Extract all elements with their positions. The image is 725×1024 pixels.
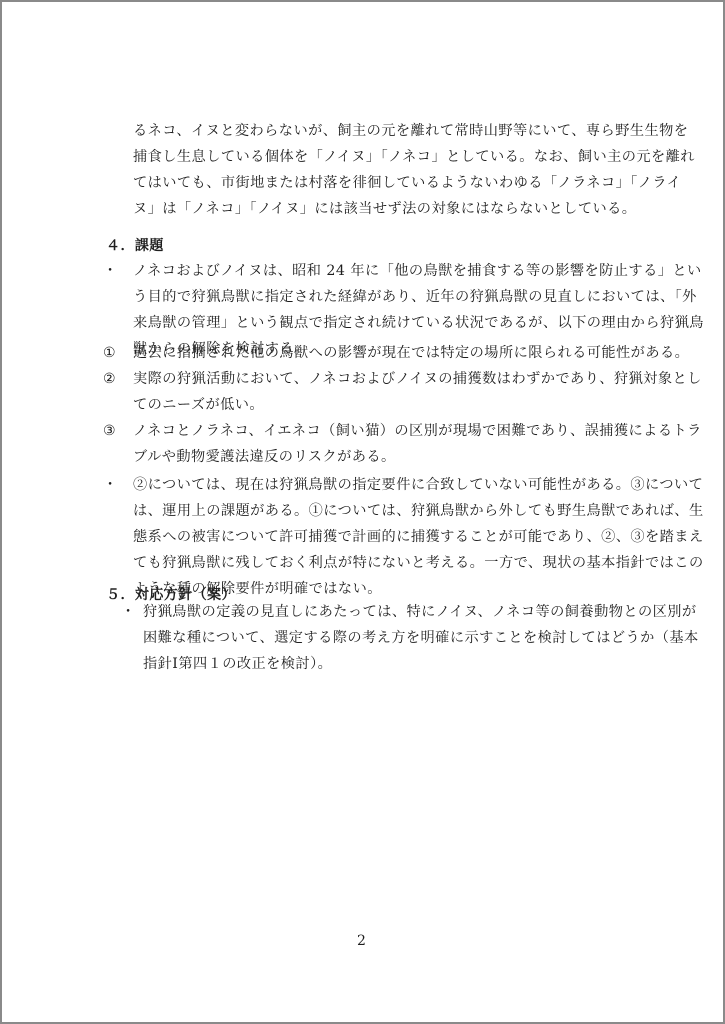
text-line: ヌ」は「ノネコ」「ノイヌ」には該当せず法の対象にはならないとしている。 [133,200,636,218]
text-line: は、運用上の課題がある。①については、狩猟鳥獣から外しても野生鳥獣であれば、生 [133,502,704,520]
text-line: ブルや動物愛護法違反のリスクがある。 [133,448,396,466]
item-marker-1: ① [103,344,116,362]
text-line: 過去に指摘された他の鳥獣への影響が現在では特定の場所に限られる可能性がある。 [133,344,689,362]
text-line: ノネコとノラネコ、イエネコ（飼い猫）の区別が現場で困難であり、誤捕獲によるトラ [133,422,702,440]
page-number: 2 [357,932,366,950]
bullet-marker: ・ [103,476,117,494]
item-marker-3: ③ [103,422,116,440]
section-heading: ４．課題 [106,237,164,255]
text-line: 態系への被害について許可捕獲で計画的に捕獲することが可能であり、②、③を踏まえ [133,528,704,546]
section-heading: ５．対応方針（案） [106,586,236,604]
text-line: 困難な種について、選定する際の考え方を明確に示すことを検討してはどうか（基本 [143,629,699,647]
text-line: てはいても、市街地または村落を徘徊しているようないわゆる「ノラネコ」「ノライ [133,174,681,192]
text-line: ノネコおよびノイヌは、昭和 24 年に「他の鳥獣を捕食する等の影響を防止する」と… [133,262,702,280]
text-line: ②については、現在は狩猟鳥獣の指定要件に合致していない可能性がある。③について [133,476,703,494]
text-line: 実際の狩猟活動において、ノネコおよびノイヌの捕獲数はわずかであり、狩猟対象とし [133,370,702,388]
text-line: 指針Ⅰ第四１の改正を検討）。 [143,655,332,673]
text-line: 捕食し生息している個体を「ノイヌ」「ノネコ」としている。なお、飼い主の元を離れ [133,148,695,166]
text-line: てのニーズが低い。 [133,396,264,414]
bullet-marker: ・ [103,262,117,280]
text-line: るネコ、イヌと変わらないが、飼主の元を離れて常時山野等にいて、専ら野生生物を [133,122,688,140]
text-line: 狩猟鳥獣の定義の見直しにあたっては、特にノイヌ、ノネコ等の飼養動物との区別が [143,603,697,621]
text-line: ても狩猟鳥獣に残しておく利点が特にないと考える。一方で、現状の基本指針ではこの [133,554,704,572]
text-line: 来鳥獣の管理」という観点で指定され続けている状況であるが、以下の理由から狩猟鳥 [133,314,704,332]
bullet-marker: ・ [121,603,135,621]
text-line: う目的で狩猟鳥獣に指定された経緯があり、近年の狩猟鳥獣の見直しにおいては、「外 [133,288,697,306]
item-marker-2: ② [103,370,116,388]
